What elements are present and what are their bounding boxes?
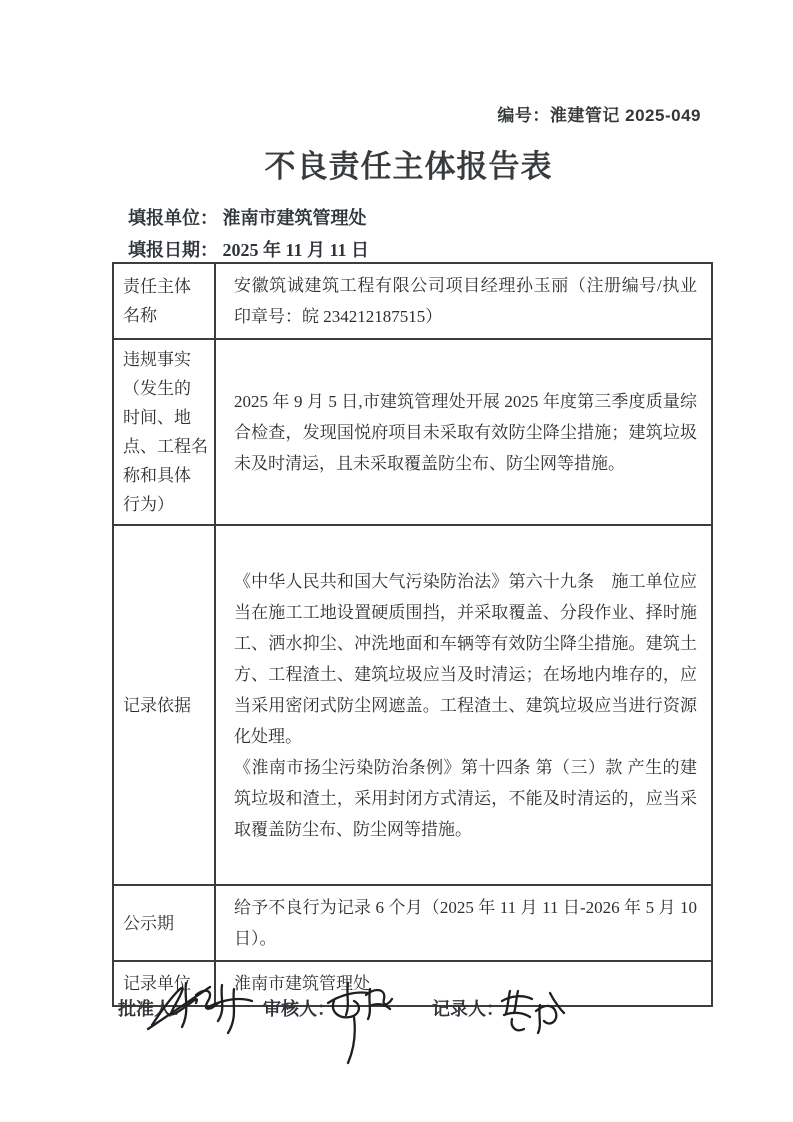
row-content-violation-facts: 2025 年 9 月 5 日,市建筑管理处开展 2025 年度第三季度质量综合检… <box>215 339 712 525</box>
row-label-record-basis: 记录依据 <box>113 525 215 885</box>
table-row-responsible-party: 责任主体 名称 安徽筑诚建筑工程有限公司项目经理孙玉丽（注册编号/执业印章号：皖… <box>113 263 712 339</box>
row-content-responsible-party: 安徽筑诚建筑工程有限公司项目经理孙玉丽（注册编号/执业印章号：皖 2342121… <box>215 263 712 339</box>
recorder-label: 记录人： <box>432 995 504 1021</box>
row-content-publicity-period: 给予不良行为记录 6 个月（2025 年 11 月 11 日-2026 年 5 … <box>215 885 712 961</box>
reviewer-signature <box>324 973 398 1067</box>
table-row-record-basis: 记录依据 《中华人民共和国大气污染防治法》第六十九条 施工单位应当在施工工地设置… <box>113 525 712 885</box>
row-label-responsible-party: 责任主体 名称 <box>113 263 215 339</box>
row-content-record-basis: 《中华人民共和国大气污染防治法》第六十九条 施工单位应当在施工工地设置硬质围挡，… <box>215 525 712 885</box>
reporting-unit-line: 填报单位： 淮南市建筑管理处 <box>128 202 369 234</box>
table-row-publicity-period: 公示期 给予不良行为记录 6 个月（2025 年 11 月 11 日-2026 … <box>113 885 712 961</box>
signature-footer: 批准人： 审核人： 记录人： <box>0 985 793 1095</box>
doc-number: 编号：淮建管记 2025-049 <box>497 101 701 126</box>
report-table: 责任主体 名称 安徽筑诚建筑工程有限公司项目经理孙玉丽（注册编号/执业印章号：皖… <box>112 262 713 1007</box>
recorder-signature <box>496 985 570 1039</box>
page-title: 不良责任主体报告表 <box>12 141 793 186</box>
report-meta: 填报单位： 淮南市建筑管理处 填报日期： 2025 年 11 月 11 日 <box>128 202 369 266</box>
document-page: 编号：淮建管记 2025-049 不良责任主体报告表 填报单位： 淮南市建筑管理… <box>0 0 793 1122</box>
row-label-publicity-period: 公示期 <box>113 885 215 961</box>
approver-signature <box>146 977 264 1041</box>
row-label-violation-facts: 违规事实 （发生的 时间、地 点、工程名 称和具体 行为） <box>113 339 215 525</box>
table-row-violation-facts: 违规事实 （发生的 时间、地 点、工程名 称和具体 行为） 2025 年 9 月… <box>113 339 712 525</box>
